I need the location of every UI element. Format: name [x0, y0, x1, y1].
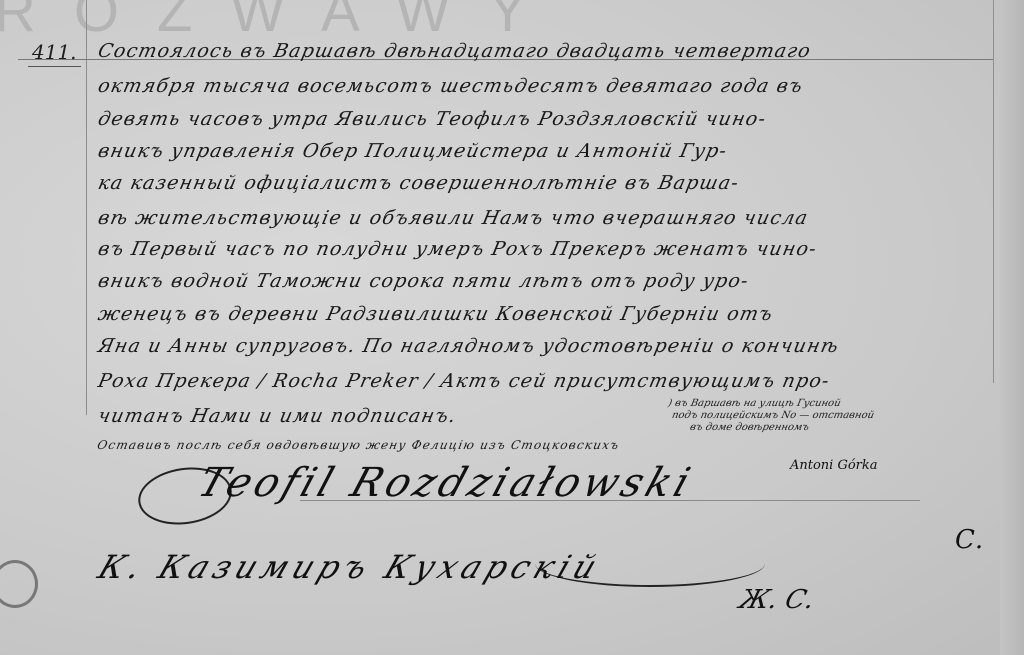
record-line: Состоялось въ Варшавѣ двѣнадцатаго двадц… [96, 40, 1001, 62]
record-line: женецъ въ деревни Радзивилишки Ковенской… [96, 303, 1001, 325]
page-edge [1000, 0, 1024, 655]
archive-stamp [0, 560, 38, 608]
record-line: Оставивъ послѣ себя овдовѣвшую жену Фели… [96, 438, 999, 452]
record-line: вникъ водной Таможни сорока пяти лѣтъ от… [96, 270, 1001, 292]
record-line: ка казенный офицiалистъ совершеннолѣтніе… [96, 172, 1001, 194]
signature-mark: С. [955, 525, 983, 555]
record-line: вникъ управленія Обер Полицмейстера и Ан… [96, 140, 1001, 162]
margin-rule [86, 0, 87, 415]
archive-watermark: ROZWAWY [0, 0, 565, 45]
record-line: вѣ жительствующіе и объявили Намъ что вч… [96, 207, 1001, 229]
margin-note-line: ) въ Варшавѣ на улицѣ Гусиной [667, 398, 842, 409]
signature-gorka: Antoni Górka [790, 458, 878, 473]
signature-teofil: Teofil Rozdziałowski [193, 460, 700, 506]
entry-number: 411. [28, 40, 81, 67]
margin-note-line: подъ полицейскимъ No — отставной [671, 410, 875, 421]
record-line: Роха Прекера / Rocha Preker / Актъ сей п… [96, 370, 1001, 392]
record-line: читанъ Нами и ими подписанъ. [96, 405, 601, 427]
record-line: девять часовъ утра Явились Теофилъ Роздз… [96, 108, 1001, 130]
record-line: октября тысяча восемьсотъ шестьдесятъ де… [96, 75, 1001, 97]
signature-official: К. Казимиръ Кухарскій [93, 548, 607, 586]
margin-note-line: въ доме довѣренномъ [689, 422, 810, 433]
record-line: Яна и Анны супруговъ. По наглядномъ удос… [96, 335, 1001, 357]
record-line: въ Первый часъ по полудни умеръ Рохъ Пре… [96, 238, 1001, 260]
signature-initials: Ж. С. [736, 585, 818, 615]
